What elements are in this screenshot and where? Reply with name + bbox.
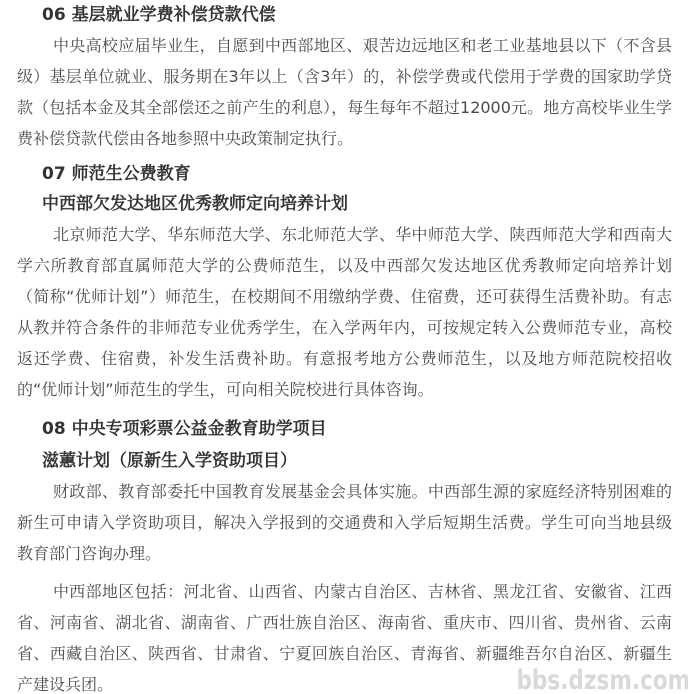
section-07-paragraph: 北京师范大学、华东师范大学、东北师范大学、华中师范大学、陕西师范大学和西南大学六… <box>17 219 672 405</box>
section-heading-06: 06 基层就业学费补偿贷款代偿 <box>17 0 672 30</box>
section-heading-08: 08 中央专项彩票公益金教育助学项目 <box>17 414 672 444</box>
section-heading-07: 07 师范生公费教育 <box>17 159 672 189</box>
section-08-subheading: 滋蕙计划（原新生入学资助项目） <box>17 446 672 476</box>
watermark: bbs.dzsm.com <box>516 667 688 694</box>
section-08-paragraph-1: 财政部、教育部委托中国教育发展基金会具体实施。中西部生源的家庭经济特别困难的新生… <box>17 476 672 569</box>
section-07-subheading: 中西部欠发达地区优秀教师定向培养计划 <box>17 189 672 219</box>
section-06-paragraph: 中央高校应届毕业生，自愿到中西部地区、艰苦边远地区和老工业基地县以下（不含县级）… <box>17 30 672 154</box>
article-content: 06 基层就业学费补偿贷款代偿 中央高校应届毕业生，自愿到中西部地区、艰苦边远地… <box>0 0 688 694</box>
